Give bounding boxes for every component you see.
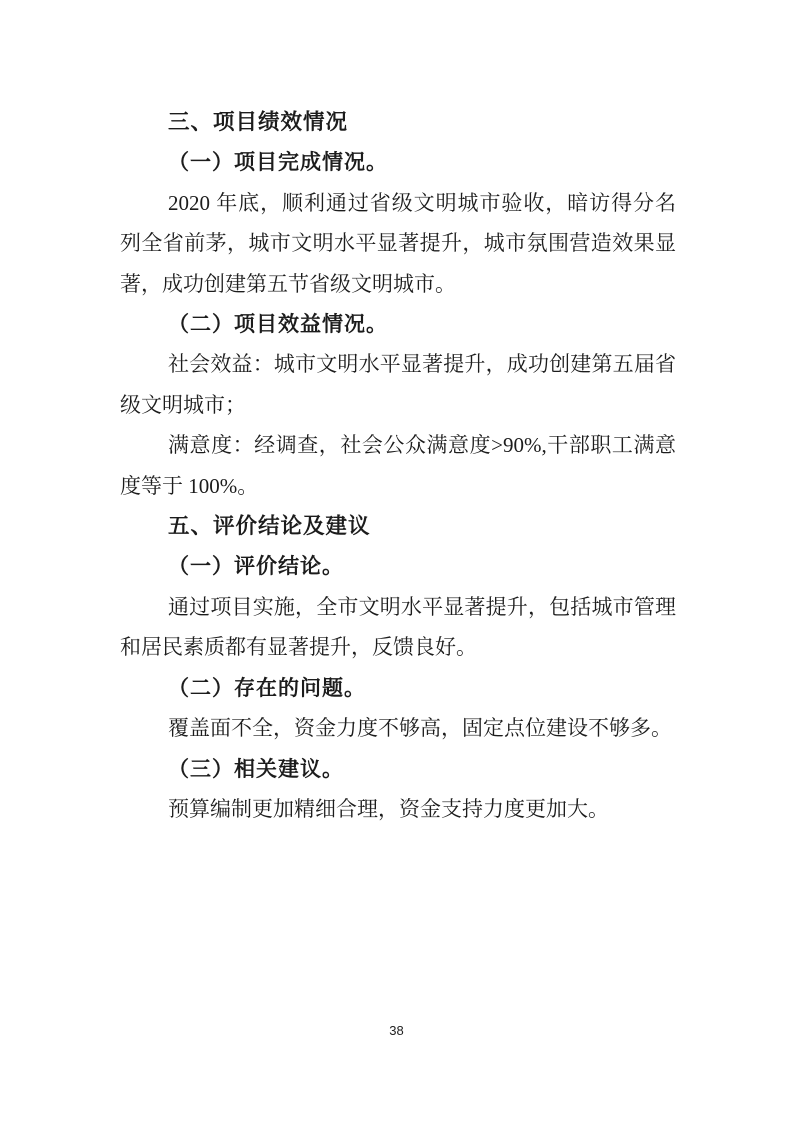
text-line: 级文明城市；	[120, 385, 676, 425]
text-line: 著，成功创建第五节省级文明城市。	[120, 264, 676, 304]
page-number: 38	[389, 1023, 403, 1038]
subsection-heading: （二）存在的问题。	[120, 668, 676, 708]
text-line: （一）项目完成情况。	[120, 142, 676, 182]
text-line: （二）项目效益情况。	[120, 304, 676, 344]
text-line: （二）存在的问题。	[120, 668, 676, 708]
text-line: 和居民素质都有显著提升，反馈良好。	[120, 627, 676, 667]
text-line: 社会效益：城市文明水平显著提升，成功创建第五届省	[120, 344, 676, 384]
subsection-heading: （一）评价结论。	[120, 546, 676, 586]
paragraph: 通过项目实施，全市文明水平显著提升，包括城市管理和居民素质都有显著提升，反馈良好…	[120, 587, 676, 668]
text-line: 三、项目绩效情况	[120, 102, 676, 142]
text-line: 通过项目实施，全市文明水平显著提升，包括城市管理	[120, 587, 676, 627]
text-line: 预算编制更加精细合理，资金支持力度更加大。	[120, 789, 676, 829]
text-line: 五、评价结论及建议	[120, 506, 676, 546]
page-footer: 38	[0, 1022, 793, 1040]
document-page: 三、项目绩效情况（一）项目完成情况。2020 年底，顺利通过省级文明城市验收，暗…	[0, 0, 793, 1122]
text-line: （一）评价结论。	[120, 546, 676, 586]
section-heading: 三、项目绩效情况	[120, 102, 676, 142]
text-line: 满意度：经调查，社会公众满意度>90%,干部职工满意	[120, 425, 676, 465]
paragraph: 社会效益：城市文明水平显著提升，成功创建第五届省级文明城市；	[120, 344, 676, 425]
text-line: 覆盖面不全，资金力度不够高，固定点位建设不够多。	[120, 708, 676, 748]
text-line: 度等于 100%。	[120, 466, 676, 506]
text-line: 2020 年底，顺利通过省级文明城市验收，暗访得分名	[120, 183, 676, 223]
subsection-heading: （三）相关建议。	[120, 749, 676, 789]
text-line: （三）相关建议。	[120, 749, 676, 789]
subsection-heading: （一）项目完成情况。	[120, 142, 676, 182]
text-line: 列全省前茅，城市文明水平显著提升，城市氛围营造效果显	[120, 223, 676, 263]
section-heading: 五、评价结论及建议	[120, 506, 676, 546]
document-body: 三、项目绩效情况（一）项目完成情况。2020 年底，顺利通过省级文明城市验收，暗…	[120, 102, 676, 829]
paragraph: 覆盖面不全，资金力度不够高，固定点位建设不够多。	[120, 708, 676, 748]
subsection-heading: （二）项目效益情况。	[120, 304, 676, 344]
paragraph: 2020 年底，顺利通过省级文明城市验收，暗访得分名列全省前茅，城市文明水平显著…	[120, 183, 676, 304]
paragraph: 满意度：经调查，社会公众满意度>90%,干部职工满意度等于 100%。	[120, 425, 676, 506]
paragraph: 预算编制更加精细合理，资金支持力度更加大。	[120, 789, 676, 829]
